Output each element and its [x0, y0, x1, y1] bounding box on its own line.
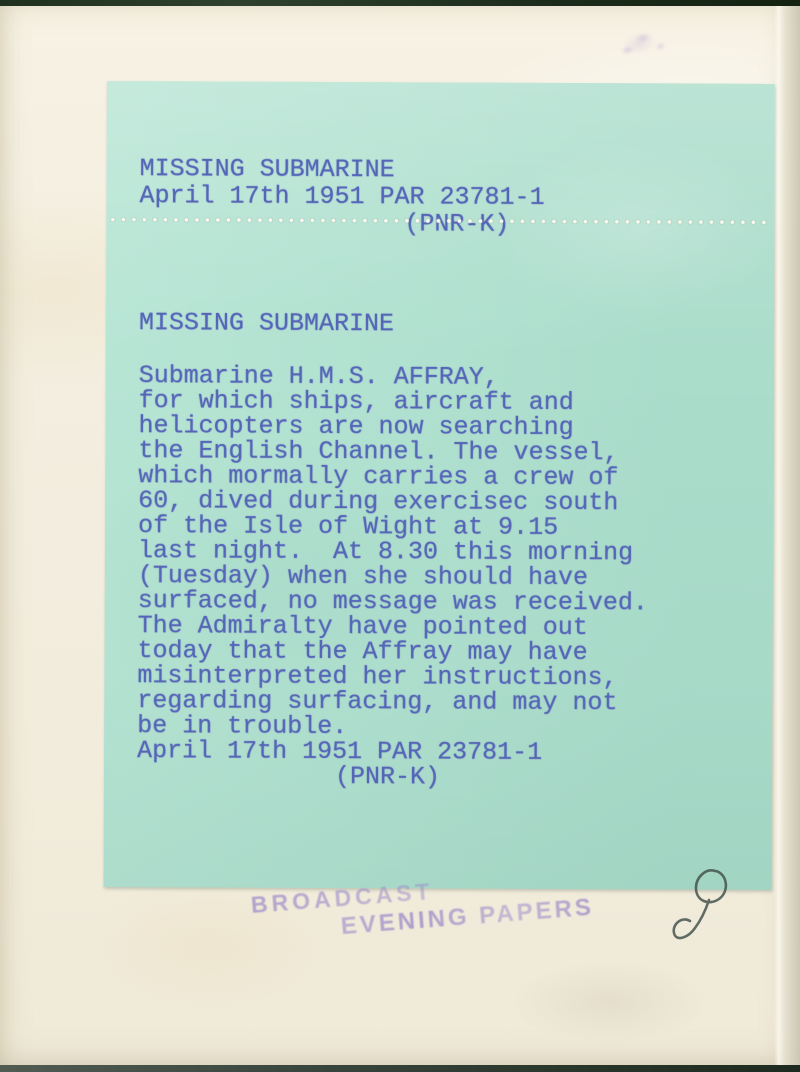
photo-right-edge [774, 6, 800, 1065]
header-ref-code: (PNR-K) [404, 210, 544, 238]
ink-smudge-mark [608, 14, 675, 68]
caption-ref-code: (PNR-K) [335, 764, 647, 790]
caption-title: MISSING SUBMARINE [139, 310, 649, 337]
photo-bottom-edge [0, 1065, 800, 1072]
header-dateline: April 17th 1951 PAR 23781-1 [139, 182, 544, 211]
caption-paper: MISSING SUBMARINE April 17th 1951 PAR 23… [103, 81, 775, 890]
header-title: MISSING SUBMARINE [140, 155, 545, 184]
handwritten-squiggle [665, 858, 750, 953]
caption-body: MISSING SUBMARINE Submarine H.M.S. AFFRA… [137, 310, 649, 790]
photograph-scan: { "photo": { "header": { "title": "MISSI… [0, 0, 800, 1072]
photo-backing-card: MISSING SUBMARINE April 17th 1951 PAR 23… [0, 0, 800, 1072]
tearoff-header: MISSING SUBMARINE April 17th 1951 PAR 23… [139, 155, 544, 238]
photo-top-edge [0, 0, 800, 6]
